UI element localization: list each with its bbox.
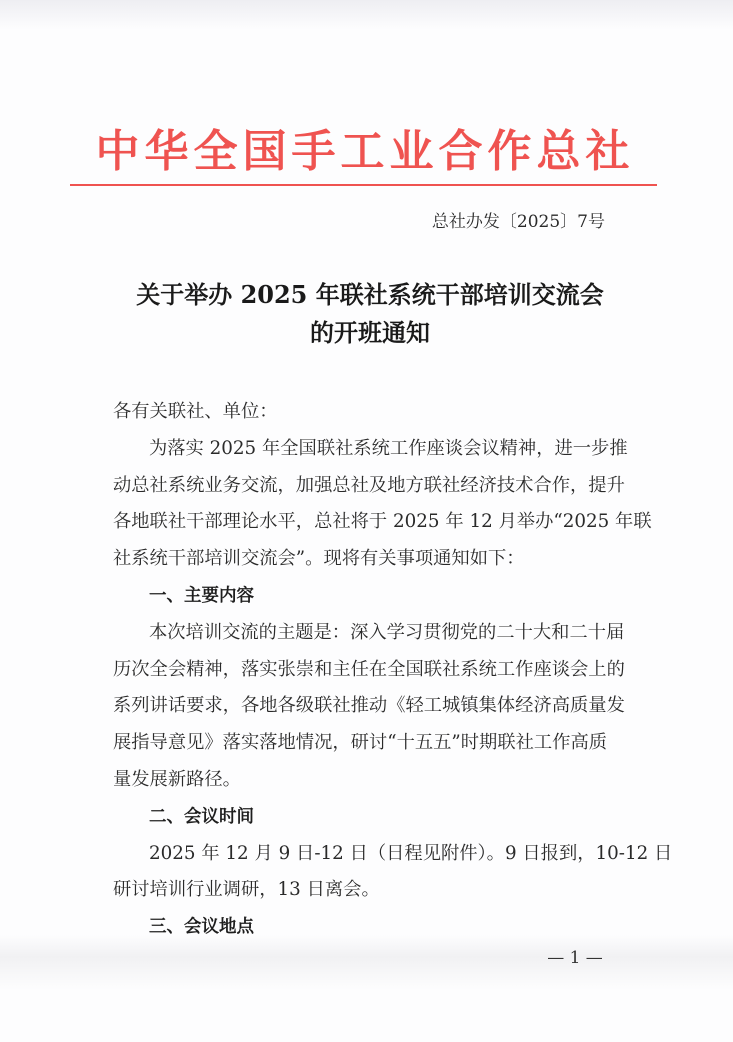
intro-line: 各地联社干部理论水平，总社将于 2025 年 12 月举办“2025 年联 <box>113 504 627 541</box>
letterhead-red-rule <box>70 184 657 186</box>
section-heading-main-content: 一、主要内容 <box>113 578 627 615</box>
document-body: 各有关联社、单位： 为落实 2025 年全国联社系统工作座谈会议精神，进一步推 … <box>113 394 627 946</box>
intro-line: 动总社系统业务交流，加强总社及地方联社经济技术合作，提升 <box>113 468 627 505</box>
section-line: 研讨培训行业调研，13 日离会。 <box>113 872 627 909</box>
document-number: 总社办发〔2025〕7号 <box>432 210 605 234</box>
intro-line: 社系统干部培训交流会”。现将有关事项通知如下： <box>113 541 627 578</box>
section-line: 展指导意见》落实落地情况，研讨“十五五”时期联社工作高质 <box>113 725 627 762</box>
section-line: 历次全会精神，落实张崇和主任在全国联社系统工作座谈会上的 <box>113 652 627 689</box>
section-line: 量发展新路径。 <box>113 762 627 799</box>
intro-line: 为落实 2025 年全国联社系统工作座谈会议精神，进一步推 <box>113 431 627 468</box>
section-line: 本次培训交流的主题是：深入学习贯彻党的二十大和二十届 <box>113 615 627 652</box>
section-heading-meeting-time: 二、会议时间 <box>113 799 627 836</box>
title-line-1: 关于举办 2025 年联社系统干部培训交流会 <box>100 276 640 314</box>
document-title: 关于举办 2025 年联社系统干部培训交流会 的开班通知 <box>100 276 640 352</box>
page-number: — 1 — <box>540 948 610 968</box>
section-line: 2025 年 12 月 9 日-12 日（日程见附件）。9 日报到，10-12 … <box>113 836 627 873</box>
section-line: 系列讲话要求，各地各级联社推动《轻工城镇集体经济高质量发 <box>113 688 627 725</box>
section-heading-meeting-location: 三、会议地点 <box>113 909 627 946</box>
issuer-letterhead: 中华全国手工业合作总社 <box>70 126 660 178</box>
salutation: 各有关联社、单位： <box>113 394 627 431</box>
scan-shadow-top <box>0 0 733 30</box>
title-line-2: 的开班通知 <box>100 314 640 352</box>
